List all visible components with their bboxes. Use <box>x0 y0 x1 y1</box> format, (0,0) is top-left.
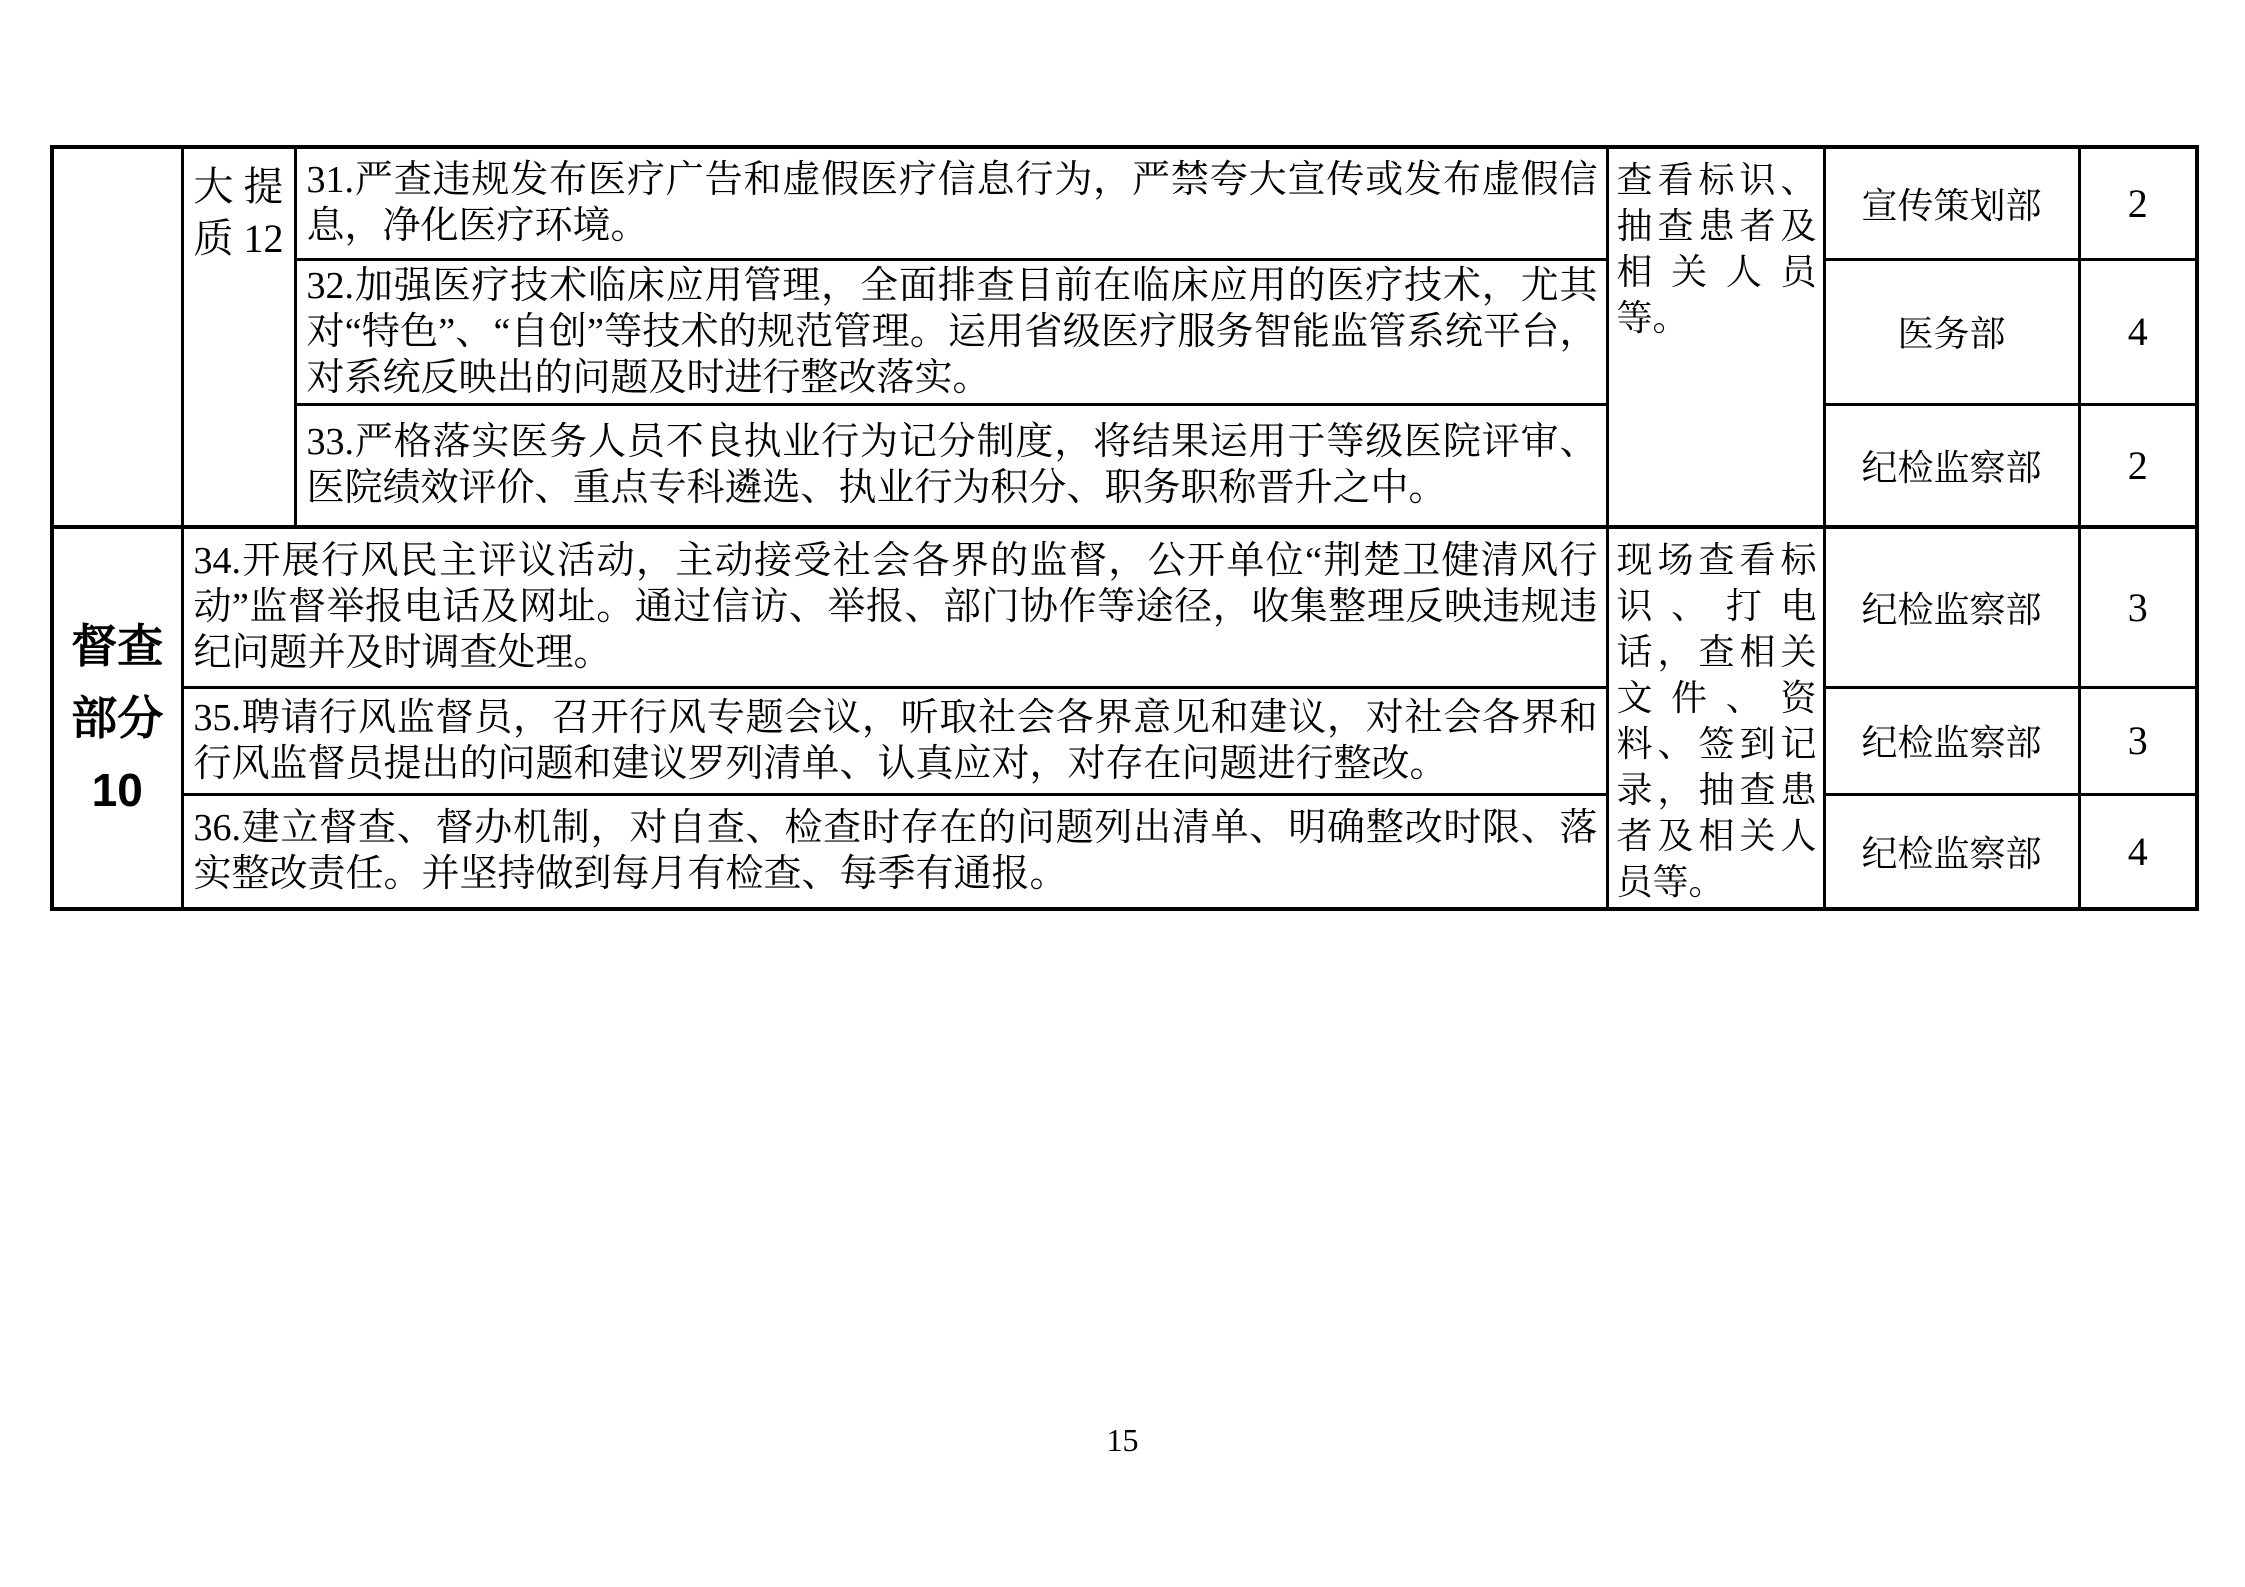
subcategory-line: 质 12 <box>185 213 293 265</box>
category-cell-duchabufen: 督查 部分 10 <box>52 527 182 909</box>
table-row: 大 提 质 12 31.严查违规发布医疗广告和虚假医疗信息行为，严禁夸大宣传或发… <box>52 147 2197 259</box>
department-cell: 医务部 <box>1824 259 2079 404</box>
evaluation-table: 大 提 质 12 31.严查违规发布医疗广告和虚假医疗信息行为，严禁夸大宣传或发… <box>50 145 2199 911</box>
item-31-text: 31.严查违规发布医疗广告和虚假医疗信息行为，严禁夸大宣传或发布虚假信息，净化医… <box>295 147 1607 259</box>
table-row: 督查 部分 10 34.开展行风民主评议活动，主动接受社会各界的监督，公开单位“… <box>52 527 2197 687</box>
score-cell: 2 <box>2079 404 2197 527</box>
category-line: 督查 <box>55 610 180 682</box>
score-cell: 2 <box>2079 147 2197 259</box>
category-line: 部分 <box>55 682 180 754</box>
score-cell: 4 <box>2079 259 2197 404</box>
item-34-text: 34.开展行风民主评议活动，主动接受社会各界的监督，公开单位“荆楚卫健清风行动”… <box>182 527 1607 687</box>
subcategory-line: 大 提 <box>185 161 293 213</box>
category-cell-empty <box>52 147 182 527</box>
item-36-text: 36.建立督查、督办机制，对自查、检查时存在的问题列出清单、明确整改时限、落实整… <box>182 794 1607 909</box>
department-cell: 纪检监察部 <box>1824 404 2079 527</box>
department-cell: 纪检监察部 <box>1824 527 2079 687</box>
score-cell: 3 <box>2079 687 2197 794</box>
table-row: 35.聘请行风监督员，召开行风专题会议，听取社会各界意见和建议，对社会各界和行风… <box>52 687 2197 794</box>
department-cell: 纪检监察部 <box>1824 687 2079 794</box>
table-row: 33.严格落实医务人员不良执业行为记分制度，将结果运用于等级医院评审、医院绩效评… <box>52 404 2197 527</box>
item-35-text: 35.聘请行风监督员，召开行风专题会议，听取社会各界意见和建议，对社会各界和行风… <box>182 687 1607 794</box>
subcategory-cell: 大 提 质 12 <box>182 147 295 527</box>
score-cell: 4 <box>2079 794 2197 909</box>
item-33-text: 33.严格落实医务人员不良执业行为记分制度，将结果运用于等级医院评审、医院绩效评… <box>295 404 1607 527</box>
department-cell: 纪检监察部 <box>1824 794 2079 909</box>
table-row: 36.建立督查、督办机制，对自查、检查时存在的问题列出清单、明确整改时限、落实整… <box>52 794 2197 909</box>
method-cell-section-2: 现场查看标识、打电话，查相关文件、资料、签到记录，抽查患者及相关人员等。 <box>1607 527 1824 909</box>
department-cell: 宣传策划部 <box>1824 147 2079 259</box>
page-number: 15 <box>0 1422 2245 1459</box>
method-cell-section-1: 查看标识、抽查患者及相关人员等。 <box>1607 147 1824 527</box>
category-line: 10 <box>55 754 180 826</box>
table-row: 32.加强医疗技术临床应用管理，全面排查目前在临床应用的医疗技术，尤其对“特色”… <box>52 259 2197 404</box>
item-32-text: 32.加强医疗技术临床应用管理，全面排查目前在临床应用的医疗技术，尤其对“特色”… <box>295 259 1607 404</box>
document-page: 大 提 质 12 31.严查违规发布医疗广告和虚假医疗信息行为，严禁夸大宣传或发… <box>0 0 2245 1587</box>
score-cell: 3 <box>2079 527 2197 687</box>
